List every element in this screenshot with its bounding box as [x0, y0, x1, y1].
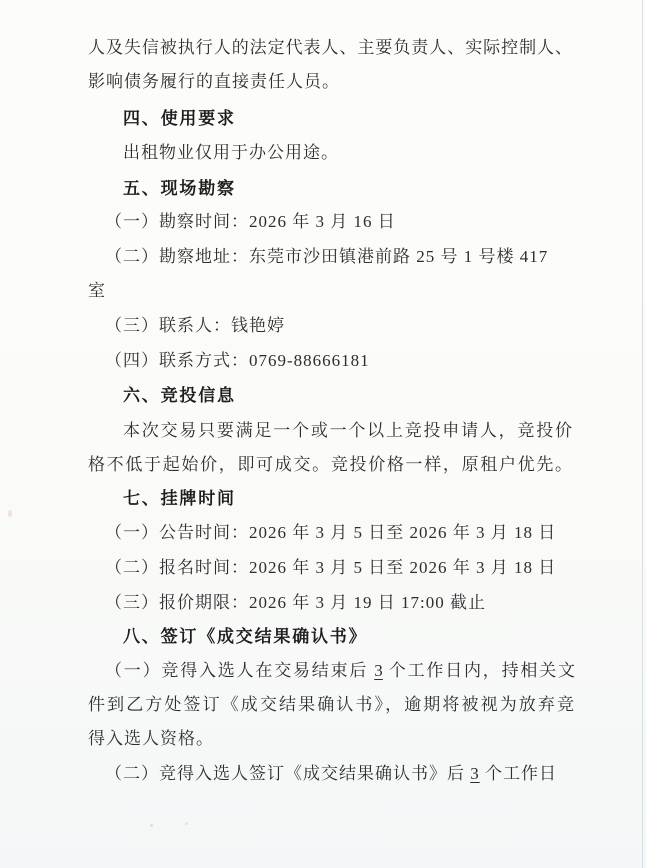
text-segment: （三）报价期限：2026 年 3 月 19 日 17:00 截止 [105, 593, 486, 612]
section-heading: 四、使用要求 [123, 107, 236, 131]
text-segment: 四、使用要求 [123, 109, 236, 128]
scan-artifact-speck [185, 822, 188, 825]
text-line: （一）公告时间：2026 年 3 月 5 日至 2026 年 3 月 18 日 [105, 521, 556, 545]
document-page: 人及失信被执行人的法定代表人、主要负责人、实际控制人、影响债务履行的直接责任人员… [0, 0, 646, 868]
underlined-number: 3 [470, 764, 480, 783]
text-line: 本次交易只要满足一个或一个以上竞投申请人，竞投价 [123, 419, 572, 443]
text-line: （二）报名时间：2026 年 3 月 5 日至 2026 年 3 月 18 日 [105, 556, 556, 580]
text-line: 格不低于起始价，即可成交。竞投价格一样，原租户优先。 [88, 453, 572, 477]
text-segment: 件到乙方处签订《成交结果确认书》，逾期将被视为放弃竞 [88, 695, 574, 714]
text-segment: 个工作日 [480, 764, 557, 783]
text-segment: 七、挂牌时间 [123, 489, 236, 508]
text-line: （三）联系人：钱艳婷 [105, 314, 285, 338]
text-segment: 五、现场勘察 [123, 179, 236, 198]
scan-artifact-speck [150, 824, 153, 827]
section-heading: 七、挂牌时间 [123, 487, 236, 511]
text-line: （三）报价期限：2026 年 3 月 19 日 17:00 截止 [105, 591, 486, 615]
text-segment: 六、竞投信息 [123, 386, 236, 405]
text-segment: 格不低于起始价，即可成交。竞投价格一样，原租户优先。 [88, 455, 572, 474]
text-line: 出租物业仅用于办公用途。 [123, 141, 339, 165]
text-segment: 个工作日内，持相关文 [383, 661, 575, 680]
text-segment: （三）联系人：钱艳婷 [105, 316, 285, 335]
text-segment: （二）竞得入选人签订《成交结果确认书》后 [105, 764, 470, 783]
text-segment: （二）报名时间：2026 年 3 月 5 日至 2026 年 3 月 18 日 [105, 558, 556, 577]
text-segment: （一）勘察时间：2026 年 3 月 16 日 [105, 212, 396, 231]
section-heading: 八、签订《成交结果确认书》 [123, 625, 367, 649]
text-line: 室 [88, 279, 106, 303]
text-segment: 本次交易只要满足一个或一个以上竞投申请人，竞投价 [123, 421, 572, 440]
text-line: 得入选人资格。 [88, 727, 214, 751]
text-line: 件到乙方处签订《成交结果确认书》，逾期将被视为放弃竞 [88, 693, 574, 717]
scan-artifact-speck [8, 510, 12, 517]
text-segment: （一）公告时间：2026 年 3 月 5 日至 2026 年 3 月 18 日 [105, 523, 556, 542]
text-line: 人及失信被执行人的法定代表人、主要负责人、实际控制人、 [88, 36, 572, 60]
underlined-number: 3 [374, 661, 383, 680]
text-segment: 人及失信被执行人的法定代表人、主要负责人、实际控制人、 [88, 38, 572, 57]
text-line: 影响债务履行的直接责任人员。 [88, 70, 340, 94]
section-heading: 五、现场勘察 [123, 177, 236, 201]
text-segment: （一）竞得入选人在交易结束后 [105, 661, 374, 680]
text-line: （二）竞得入选人签订《成交结果确认书》后 3 个工作日 [105, 762, 557, 786]
text-line: （二）勘察地址：东莞市沙田镇港前路 25 号 1 号楼 417 [105, 245, 548, 269]
text-segment: 出租物业仅用于办公用途。 [123, 143, 339, 162]
text-line: （一）勘察时间：2026 年 3 月 16 日 [105, 210, 396, 234]
section-heading: 六、竞投信息 [123, 384, 236, 408]
text-segment: 得入选人资格。 [88, 729, 214, 748]
text-segment: 影响债务履行的直接责任人员。 [88, 72, 340, 91]
text-line: （一）竞得入选人在交易结束后 3 个工作日内，持相关文 [105, 659, 575, 683]
text-segment: （二）勘察地址：东莞市沙田镇港前路 25 号 1 号楼 417 [105, 247, 548, 266]
text-segment: 八、签订《成交结果确认书》 [123, 627, 367, 646]
text-line: （四）联系方式：0769-88666181 [105, 349, 370, 373]
text-segment: （四）联系方式：0769-88666181 [105, 351, 370, 370]
scan-edge-line [642, 0, 643, 868]
text-segment: 室 [88, 281, 106, 300]
